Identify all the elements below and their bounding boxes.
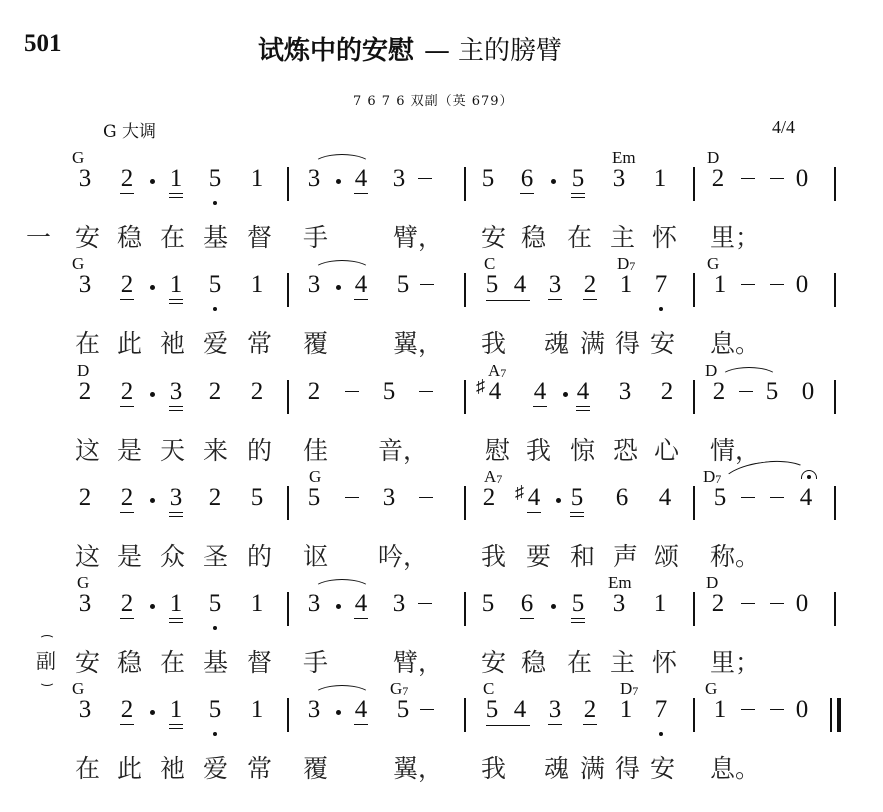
underline-eighth (533, 406, 547, 407)
jianpu-note: 5 (570, 164, 586, 194)
lyric-syllable: 爱 (203, 749, 228, 785)
lyric-syllable: 稳 (117, 218, 142, 254)
sustain-dash (770, 497, 784, 498)
underline-eighth (120, 406, 134, 407)
underline-eighth (120, 512, 134, 513)
lyric-syllable: 众 (160, 537, 185, 573)
jianpu-note: 1 (168, 695, 184, 725)
lyric-syllable: 得 (615, 324, 640, 360)
jianpu-note: 1 (652, 589, 668, 619)
jianpu-note: 2 (306, 377, 322, 407)
lyric-syllable: 音， (378, 431, 428, 467)
lyric-syllable: 翼， (393, 324, 443, 360)
key-signature: G 大调 (103, 117, 156, 142)
time-signature: 4/4 (772, 117, 795, 138)
jianpu-note: 4 (353, 695, 369, 725)
jianpu-note: 5 (764, 377, 780, 407)
lyric-syllable: 安 (75, 643, 100, 679)
barline (464, 167, 466, 201)
jianpu-note: 2 (119, 377, 135, 407)
slur-arc (313, 685, 371, 696)
jianpu-note: 5 (207, 164, 223, 194)
jianpu-note: 5 (480, 164, 496, 194)
jianpu-note: 4♯ (526, 483, 542, 513)
underline-eighth (120, 299, 134, 300)
jianpu-note: 2 (77, 483, 93, 513)
jianpu-note: 5 (570, 589, 586, 619)
underline-eighth (354, 618, 368, 619)
underline-eighth (169, 618, 183, 619)
score-system: GEmD321513435653120副安稳在基督手臂，安稳在主怀里； (0, 573, 883, 679)
lyric-syllable: 常 (247, 749, 272, 785)
underline-eighth (527, 512, 541, 513)
lyric-syllable: 我 (481, 537, 506, 573)
underline-sixteenth (169, 622, 183, 623)
underline-eighth (169, 299, 183, 300)
score-system: GA7D7223255324♯56454这是众圣的讴吟，我要和声颂称。 (0, 467, 883, 573)
lyric-syllable: 翼， (393, 749, 443, 785)
jianpu-note: 5 (207, 695, 223, 725)
jianpu-note: 5 (480, 589, 496, 619)
lyric-syllable: 督 (247, 218, 272, 254)
lyric-syllable: 息。 (710, 749, 760, 785)
lyric-syllable: 手 (303, 218, 328, 254)
underline-eighth (120, 618, 134, 619)
jianpu-note: 5 (395, 695, 411, 725)
slur-arc (313, 260, 371, 271)
augmentation-dot (563, 392, 568, 397)
lyric-syllable: 的 (247, 537, 272, 573)
augmentation-dot (556, 498, 561, 503)
underline-eighth (548, 724, 562, 725)
jianpu-note: 5 (249, 483, 265, 513)
jianpu-note: 3 (617, 377, 633, 407)
lyric-syllable: 要 (526, 537, 551, 573)
augmentation-dot (551, 604, 556, 609)
jianpu-note: 1 (168, 589, 184, 619)
jianpu-note: 1 (712, 270, 728, 300)
underline-eighth (520, 193, 534, 194)
augmentation-dot (336, 604, 341, 609)
lower-octave-dot (213, 626, 217, 630)
jianpu-note: 2 (77, 377, 93, 407)
barline (834, 167, 836, 201)
barline (464, 592, 466, 626)
lyric-syllable: 是 (117, 431, 142, 467)
jianpu-note: 2 (119, 695, 135, 725)
lyric-syllable: 来 (203, 431, 228, 467)
jianpu-note: 0 (794, 164, 810, 194)
lyric-syllable: 在 (75, 324, 100, 360)
jianpu-note: 0 (794, 270, 810, 300)
sustain-dash (741, 709, 755, 710)
barline (287, 698, 289, 732)
jianpu-note: 3 (381, 483, 397, 513)
beam-line (486, 300, 530, 301)
lyric-syllable: 安 (650, 749, 675, 785)
jianpu-note: 3 (168, 483, 184, 513)
barline (834, 592, 836, 626)
jianpu-note: 2 (711, 377, 727, 407)
jianpu-note: 4 (798, 483, 814, 513)
lower-octave-dot (659, 732, 663, 736)
augmentation-dot (150, 285, 155, 290)
jianpu-note: 3 (306, 164, 322, 194)
underline-eighth (169, 724, 183, 725)
barline (693, 698, 695, 732)
lyric-syllable: 和 (570, 537, 595, 573)
barline (464, 273, 466, 307)
sustain-dash (418, 178, 432, 179)
lyric-syllable: 在 (160, 218, 185, 254)
jianpu-note: 3 (77, 695, 93, 725)
jianpu-note: 2 (582, 270, 598, 300)
sustain-dash (770, 178, 784, 179)
slur-arc (720, 367, 778, 378)
augmentation-dot (150, 710, 155, 715)
jianpu-note: 3 (168, 377, 184, 407)
jianpu-note: 3 (306, 695, 322, 725)
barline (834, 486, 836, 520)
underline-sixteenth (169, 410, 183, 411)
jianpu-note: 1 (249, 589, 265, 619)
jianpu-note: 7 (653, 695, 669, 725)
lyric-syllable: 称。 (710, 537, 760, 573)
jianpu-note: 5 (569, 483, 585, 513)
underline-eighth (571, 618, 585, 619)
underline-sixteenth (571, 197, 585, 198)
sustain-dash (345, 497, 359, 498)
augmentation-dot (336, 179, 341, 184)
title-subtitle: 主的膀臂 (458, 36, 562, 66)
jianpu-note: 1 (168, 164, 184, 194)
lower-octave-dot (213, 732, 217, 736)
lyric-syllable: 吟， (378, 537, 428, 573)
lyric-syllable: 主 (610, 218, 635, 254)
underline-eighth (169, 406, 183, 407)
lyric-syllable: 臂， (393, 643, 443, 679)
jianpu-note: 2 (481, 483, 497, 513)
jianpu-note: 5 (207, 589, 223, 619)
sharp-icon: ♯ (476, 371, 485, 401)
jianpu-note: 2 (582, 695, 598, 725)
jianpu-note: 4 (353, 164, 369, 194)
barline (464, 486, 466, 520)
lyric-syllable: 主 (610, 643, 635, 679)
barline (693, 486, 695, 520)
underline-sixteenth (169, 516, 183, 517)
hymn-title: 试炼中的安慰—主的膀臂 (258, 30, 562, 67)
sustain-dash (419, 391, 433, 392)
underline-eighth (354, 724, 368, 725)
underline-sixteenth (169, 197, 183, 198)
jianpu-note: 1 (249, 695, 265, 725)
final-barline (830, 698, 832, 732)
jianpu-note: 4 (512, 270, 528, 300)
lyric-syllable: 稳 (521, 218, 546, 254)
jianpu-note: 1 (249, 270, 265, 300)
lyric-syllable: 我 (481, 324, 506, 360)
augmentation-dot (551, 179, 556, 184)
lyric-syllable: 里； (710, 643, 760, 679)
jianpu-note: 1 (712, 695, 728, 725)
sustain-dash (741, 284, 755, 285)
underline-sixteenth (576, 410, 590, 411)
sustain-dash (741, 497, 755, 498)
lyric-syllable: 颂 (654, 537, 679, 573)
lyric-syllable: 魂 (544, 324, 569, 360)
jianpu-note: 3 (77, 164, 93, 194)
jianpu-note: 5 (395, 270, 411, 300)
barline (834, 273, 836, 307)
lyric-syllable: 臂， (393, 218, 443, 254)
jianpu-note: 4 (532, 377, 548, 407)
jianpu-note: 1 (652, 164, 668, 194)
jianpu-note: 7 (653, 270, 669, 300)
verse-number: 一 (26, 218, 51, 254)
lyric-syllable: 这 (75, 537, 100, 573)
jianpu-note: 3 (547, 695, 563, 725)
underline-sixteenth (169, 303, 183, 304)
lyric-syllable: 怀 (652, 218, 677, 254)
barline (693, 592, 695, 626)
slur-arc (313, 154, 371, 165)
jianpu-note: 2 (119, 589, 135, 619)
lyric-syllable: 稳 (117, 643, 142, 679)
lyric-syllable: 在 (567, 218, 592, 254)
lyric-syllable: 祂 (160, 749, 185, 785)
jianpu-note: 2 (710, 164, 726, 194)
sustain-dash (345, 391, 359, 392)
barline (464, 698, 466, 732)
jianpu-note: 1 (618, 695, 634, 725)
jianpu-note: 0 (794, 589, 810, 619)
jianpu-note: 3 (391, 589, 407, 619)
lyric-syllable: 情， (710, 431, 760, 467)
sustain-dash (770, 709, 784, 710)
lyric-syllable: 心 (654, 431, 679, 467)
sustain-dash (420, 284, 434, 285)
underline-eighth (169, 512, 183, 513)
jianpu-note: 2 (119, 483, 135, 513)
underline-eighth (354, 299, 368, 300)
fermata-icon (801, 470, 817, 479)
lyric-syllable: 爱 (203, 324, 228, 360)
lyric-syllable: 讴 (303, 537, 328, 573)
underline-eighth (583, 724, 597, 725)
lyric-syllable: 满 (580, 749, 605, 785)
underline-sixteenth (570, 516, 584, 517)
lyric-syllable: 息。 (710, 324, 760, 360)
lyric-syllable: 安 (650, 324, 675, 360)
lyric-syllable: 怀 (652, 643, 677, 679)
barline (693, 380, 695, 414)
lyric-syllable: 督 (247, 643, 272, 679)
jianpu-note: 3 (391, 164, 407, 194)
lyric-syllable: 覆 (303, 749, 328, 785)
underline-sixteenth (571, 622, 585, 623)
augmentation-dot (150, 498, 155, 503)
sharp-icon: ♯ (515, 477, 524, 507)
sustain-dash (418, 603, 432, 604)
lower-octave-dot (213, 201, 217, 205)
underline-eighth (548, 299, 562, 300)
underline-eighth (576, 406, 590, 407)
barline (693, 273, 695, 307)
lyric-syllable: 天 (160, 431, 185, 467)
augmentation-dot (150, 179, 155, 184)
lyric-syllable: 得 (615, 749, 640, 785)
jianpu-note: 6 (519, 164, 535, 194)
title-main: 试炼中的安慰 (258, 36, 414, 66)
lyric-syllable: 覆 (303, 324, 328, 360)
jianpu-note: 6 (519, 589, 535, 619)
sustain-dash (739, 391, 753, 392)
barline (287, 486, 289, 520)
lyric-syllable: 在 (567, 643, 592, 679)
score-system: DA7D22322254♯4432250这是天来的佳音，慰我惊恐心情， (0, 361, 883, 467)
jianpu-note: 4 (512, 695, 528, 725)
meter-info: 7 6 7 6 双副（英 679） (353, 90, 514, 109)
refrain-label: 副 (36, 645, 56, 674)
lyric-syllable: 基 (203, 218, 228, 254)
jianpu-note: 5 (484, 270, 500, 300)
jianpu-note: 2 (119, 270, 135, 300)
lyric-syllable: 常 (247, 324, 272, 360)
lyric-syllable: 是 (117, 537, 142, 573)
lyric-syllable: 我 (481, 749, 506, 785)
lyric-syllable: 恐 (613, 431, 638, 467)
jianpu-note: 3 (547, 270, 563, 300)
jianpu-note: 3 (306, 270, 322, 300)
jianpu-note: 3 (77, 589, 93, 619)
score-system: GEmD321513435653120一安稳在基督手臂，安稳在主怀里； (0, 148, 883, 254)
lyric-syllable: 安 (481, 218, 506, 254)
lyric-syllable: 满 (580, 324, 605, 360)
barline (287, 273, 289, 307)
jianpu-note: 4 (353, 270, 369, 300)
barline (287, 592, 289, 626)
sustain-dash (741, 603, 755, 604)
lyric-syllable: 里； (710, 218, 760, 254)
lyric-syllable: 慰 (485, 431, 510, 467)
sustain-dash (419, 497, 433, 498)
jianpu-note: 4♯ (487, 377, 503, 407)
underline-eighth (354, 193, 368, 194)
jianpu-note: 5 (207, 270, 223, 300)
jianpu-note: 4 (353, 589, 369, 619)
jianpu-note: 2 (119, 164, 135, 194)
barline (834, 380, 836, 414)
underline-eighth (570, 512, 584, 513)
lyric-syllable: 手 (303, 643, 328, 679)
jianpu-note: 1 (618, 270, 634, 300)
underline-eighth (120, 193, 134, 194)
hymn-number: 501 (24, 30, 62, 58)
lyric-syllable: 此 (117, 749, 142, 785)
augmentation-dot (336, 285, 341, 290)
underline-eighth (169, 193, 183, 194)
sustain-dash (770, 603, 784, 604)
lyric-syllable: 安 (481, 643, 506, 679)
lyric-syllable: 在 (75, 749, 100, 785)
jianpu-note: 0 (794, 695, 810, 725)
jianpu-note: 4 (575, 377, 591, 407)
lyric-syllable: 稳 (521, 643, 546, 679)
lyric-syllable: 在 (160, 643, 185, 679)
lyric-syllable: 圣 (203, 537, 228, 573)
beam-line (486, 725, 530, 726)
jianpu-note: 5 (484, 695, 500, 725)
barline (693, 167, 695, 201)
lyric-syllable: 祂 (160, 324, 185, 360)
jianpu-note: 2 (659, 377, 675, 407)
lower-octave-dot (659, 307, 663, 311)
barline (464, 380, 466, 414)
jianpu-note: 3 (306, 589, 322, 619)
lyric-syllable: 惊 (570, 431, 595, 467)
jianpu-note: 1 (249, 164, 265, 194)
lyric-syllable: 基 (203, 643, 228, 679)
jianpu-note: 0 (800, 377, 816, 407)
jianpu-note: 2 (710, 589, 726, 619)
augmentation-dot (150, 604, 155, 609)
jianpu-note: 5 (712, 483, 728, 513)
jianpu-note: 5 (381, 377, 397, 407)
score-system: GCD7G3215134554321710在此祂爱常覆翼，我魂满得安息。 (0, 254, 883, 360)
lower-octave-dot (213, 307, 217, 311)
lyric-syllable: 声 (613, 537, 638, 573)
jianpu-note: 2 (249, 377, 265, 407)
lyric-syllable: 安 (75, 218, 100, 254)
jianpu-note: 6 (614, 483, 630, 513)
barline (287, 380, 289, 414)
sustain-dash (741, 178, 755, 179)
lyric-syllable: 这 (75, 431, 100, 467)
jianpu-note: 5 (306, 483, 322, 513)
jianpu-note: 2 (207, 377, 223, 407)
lyric-syllable: 佳 (303, 431, 328, 467)
sustain-dash (770, 284, 784, 285)
barline (287, 167, 289, 201)
underline-eighth (583, 299, 597, 300)
slur-arc (313, 579, 371, 590)
chord-extension: 7 (496, 472, 502, 486)
underline-sixteenth (169, 728, 183, 729)
jianpu-note: 3 (611, 589, 627, 619)
augmentation-dot (150, 392, 155, 397)
augmentation-dot (336, 710, 341, 715)
underline-eighth (120, 724, 134, 725)
jianpu-note: 1 (168, 270, 184, 300)
lyric-syllable: 的 (247, 431, 272, 467)
lyric-syllable: 此 (117, 324, 142, 360)
lyric-syllable: 我 (526, 431, 551, 467)
lyric-syllable: 魂 (544, 749, 569, 785)
underline-eighth (520, 618, 534, 619)
jianpu-note: 3 (77, 270, 93, 300)
underline-eighth (571, 193, 585, 194)
jianpu-note: 2 (207, 483, 223, 513)
title-separator: — (424, 36, 450, 66)
sustain-dash (420, 709, 434, 710)
score-system: GG7CD7G3215134554321710在此祂爱常覆翼，我魂满得安息。 (0, 679, 883, 785)
jianpu-note: 3 (611, 164, 627, 194)
jianpu-note: 4 (657, 483, 673, 513)
